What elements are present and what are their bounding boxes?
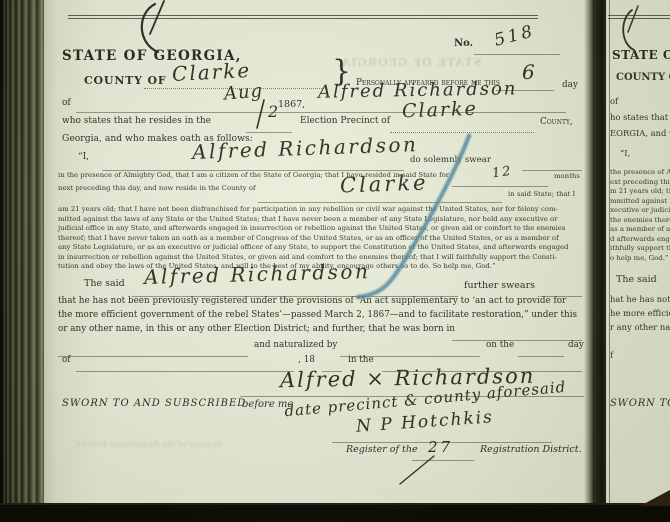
- day-word: day: [562, 80, 578, 90]
- rp-line: SWORN TO A: [610, 398, 670, 409]
- rp-line: The said: [616, 274, 657, 285]
- bleed-heading: STATE OF GEORGIA,: [336, 56, 482, 69]
- day-value: 6: [522, 60, 535, 84]
- county-word: County,: [540, 117, 573, 127]
- oath-line: judicial office in any State, and afterw…: [58, 224, 565, 232]
- page-corner-fold: [640, 490, 670, 506]
- of-line-2: [76, 361, 294, 372]
- oath-line: in insurrection or rebellion against the…: [58, 253, 557, 261]
- registration-district-text: Registration District.: [480, 444, 582, 455]
- further-swears-text: further swears: [464, 280, 535, 291]
- precinct-line: [246, 122, 292, 133]
- book-binding-edge: [0, 0, 46, 505]
- on-the-text: on the: [486, 340, 514, 350]
- oath-county-value: Clarke: [340, 170, 429, 197]
- naturalized-text: and naturalized by: [254, 340, 337, 350]
- quote-i: “I,: [78, 152, 89, 162]
- oath-line: mitted against the laws of any State or …: [58, 215, 557, 223]
- next-page-top-rule: [608, 15, 670, 19]
- date-name-line: [76, 102, 566, 113]
- the-said-text: The said: [84, 278, 125, 289]
- said-name-value: Alfred Richardson: [144, 259, 371, 289]
- of-word: of: [62, 98, 71, 108]
- born-in-line: [452, 330, 582, 341]
- rp-line: the presence of Alm: [610, 168, 670, 176]
- in-the-text: in the: [348, 355, 374, 365]
- rp-line: r any other nam: [610, 322, 670, 332]
- further-line-2: the more efficient government of the reb…: [58, 310, 577, 320]
- rp-line: f: [610, 350, 613, 360]
- oath-line: any State Legislature, or as an executiv…: [58, 243, 568, 251]
- document-page: STATE OF GEORGIA, No. 518 STATE OF GEORG…: [44, 0, 596, 505]
- district-value: 27: [428, 438, 453, 456]
- months-value: 12: [491, 164, 513, 182]
- on-the-line: [518, 346, 564, 357]
- bleed-register-line: Register of the Registration District.: [74, 440, 222, 449]
- rp-line: d afterwards engage: [610, 235, 670, 243]
- months-word: months: [554, 172, 580, 180]
- rp-line: as a member of any: [610, 225, 670, 233]
- register-of-the-text: Register of the: [346, 444, 418, 455]
- oath-trailing-line: [522, 160, 582, 171]
- sworn-text: SWORN TO AND SUBSCRIBED: [62, 398, 246, 409]
- precinct-county-value: Clarke: [402, 98, 479, 123]
- rp-line: ho states that he: [610, 112, 670, 122]
- rp-line: mmitted against th: [610, 197, 670, 205]
- year-prefix: , 18: [298, 355, 315, 365]
- further-line-3: or any other name, in this or any other …: [58, 324, 455, 334]
- bleed-register-of-the: Register of the: [162, 440, 222, 449]
- of-word-2: of: [62, 355, 71, 365]
- rp-line: xecutive or judicial o: [610, 206, 670, 214]
- year-text: 1867,: [278, 99, 305, 110]
- do-swear-text: do solemnly swear: [410, 155, 491, 165]
- rp-line: m 21 years old; that: [610, 187, 670, 195]
- oath-line-2-pre: next preceding this day, and now reside …: [58, 184, 256, 192]
- next-page-sliver: STATE OF COUNTY O of ho states that he E…: [603, 0, 670, 509]
- rp-line: of: [610, 96, 618, 106]
- form-number-label: No.: [454, 38, 473, 49]
- resides-text: who states that he resides in the: [62, 116, 211, 126]
- rp-line: o help me, God.”: [610, 254, 668, 262]
- oath-line: am 21 years old; that I have not been di…: [58, 205, 558, 213]
- rp-line: COUNTY O: [616, 72, 670, 83]
- rp-line: the enemies thereof;: [610, 216, 670, 224]
- table-shadow-band: [0, 503, 670, 522]
- rp-line: ext preceding this d: [610, 178, 670, 186]
- rp-line: ithfully support the: [610, 244, 670, 252]
- bleed-registration-district: Registration District.: [74, 440, 160, 449]
- precinct-label: Election Precinct of: [300, 116, 390, 126]
- precinct-value: 2: [268, 102, 278, 121]
- rp-line: “I,: [620, 148, 630, 158]
- rp-line: EORGIA, and who: [610, 128, 670, 138]
- month-value: Aug: [223, 80, 264, 104]
- oath-line-2-post: in said State; that I: [508, 190, 575, 198]
- rp-line: hat he has not b: [610, 294, 670, 304]
- page-gutter-crease: [584, 0, 604, 508]
- day-word-2: day: [568, 340, 584, 350]
- oath-line: thereof; that I have never taken an oath…: [58, 234, 559, 242]
- naturalized-pre-line: [58, 346, 248, 357]
- rp-line: STATE OF: [612, 48, 670, 62]
- top-double-rule: [68, 15, 538, 19]
- further-line-1: that he has not been previously register…: [58, 296, 566, 306]
- rp-line: he more efficient: [610, 308, 670, 318]
